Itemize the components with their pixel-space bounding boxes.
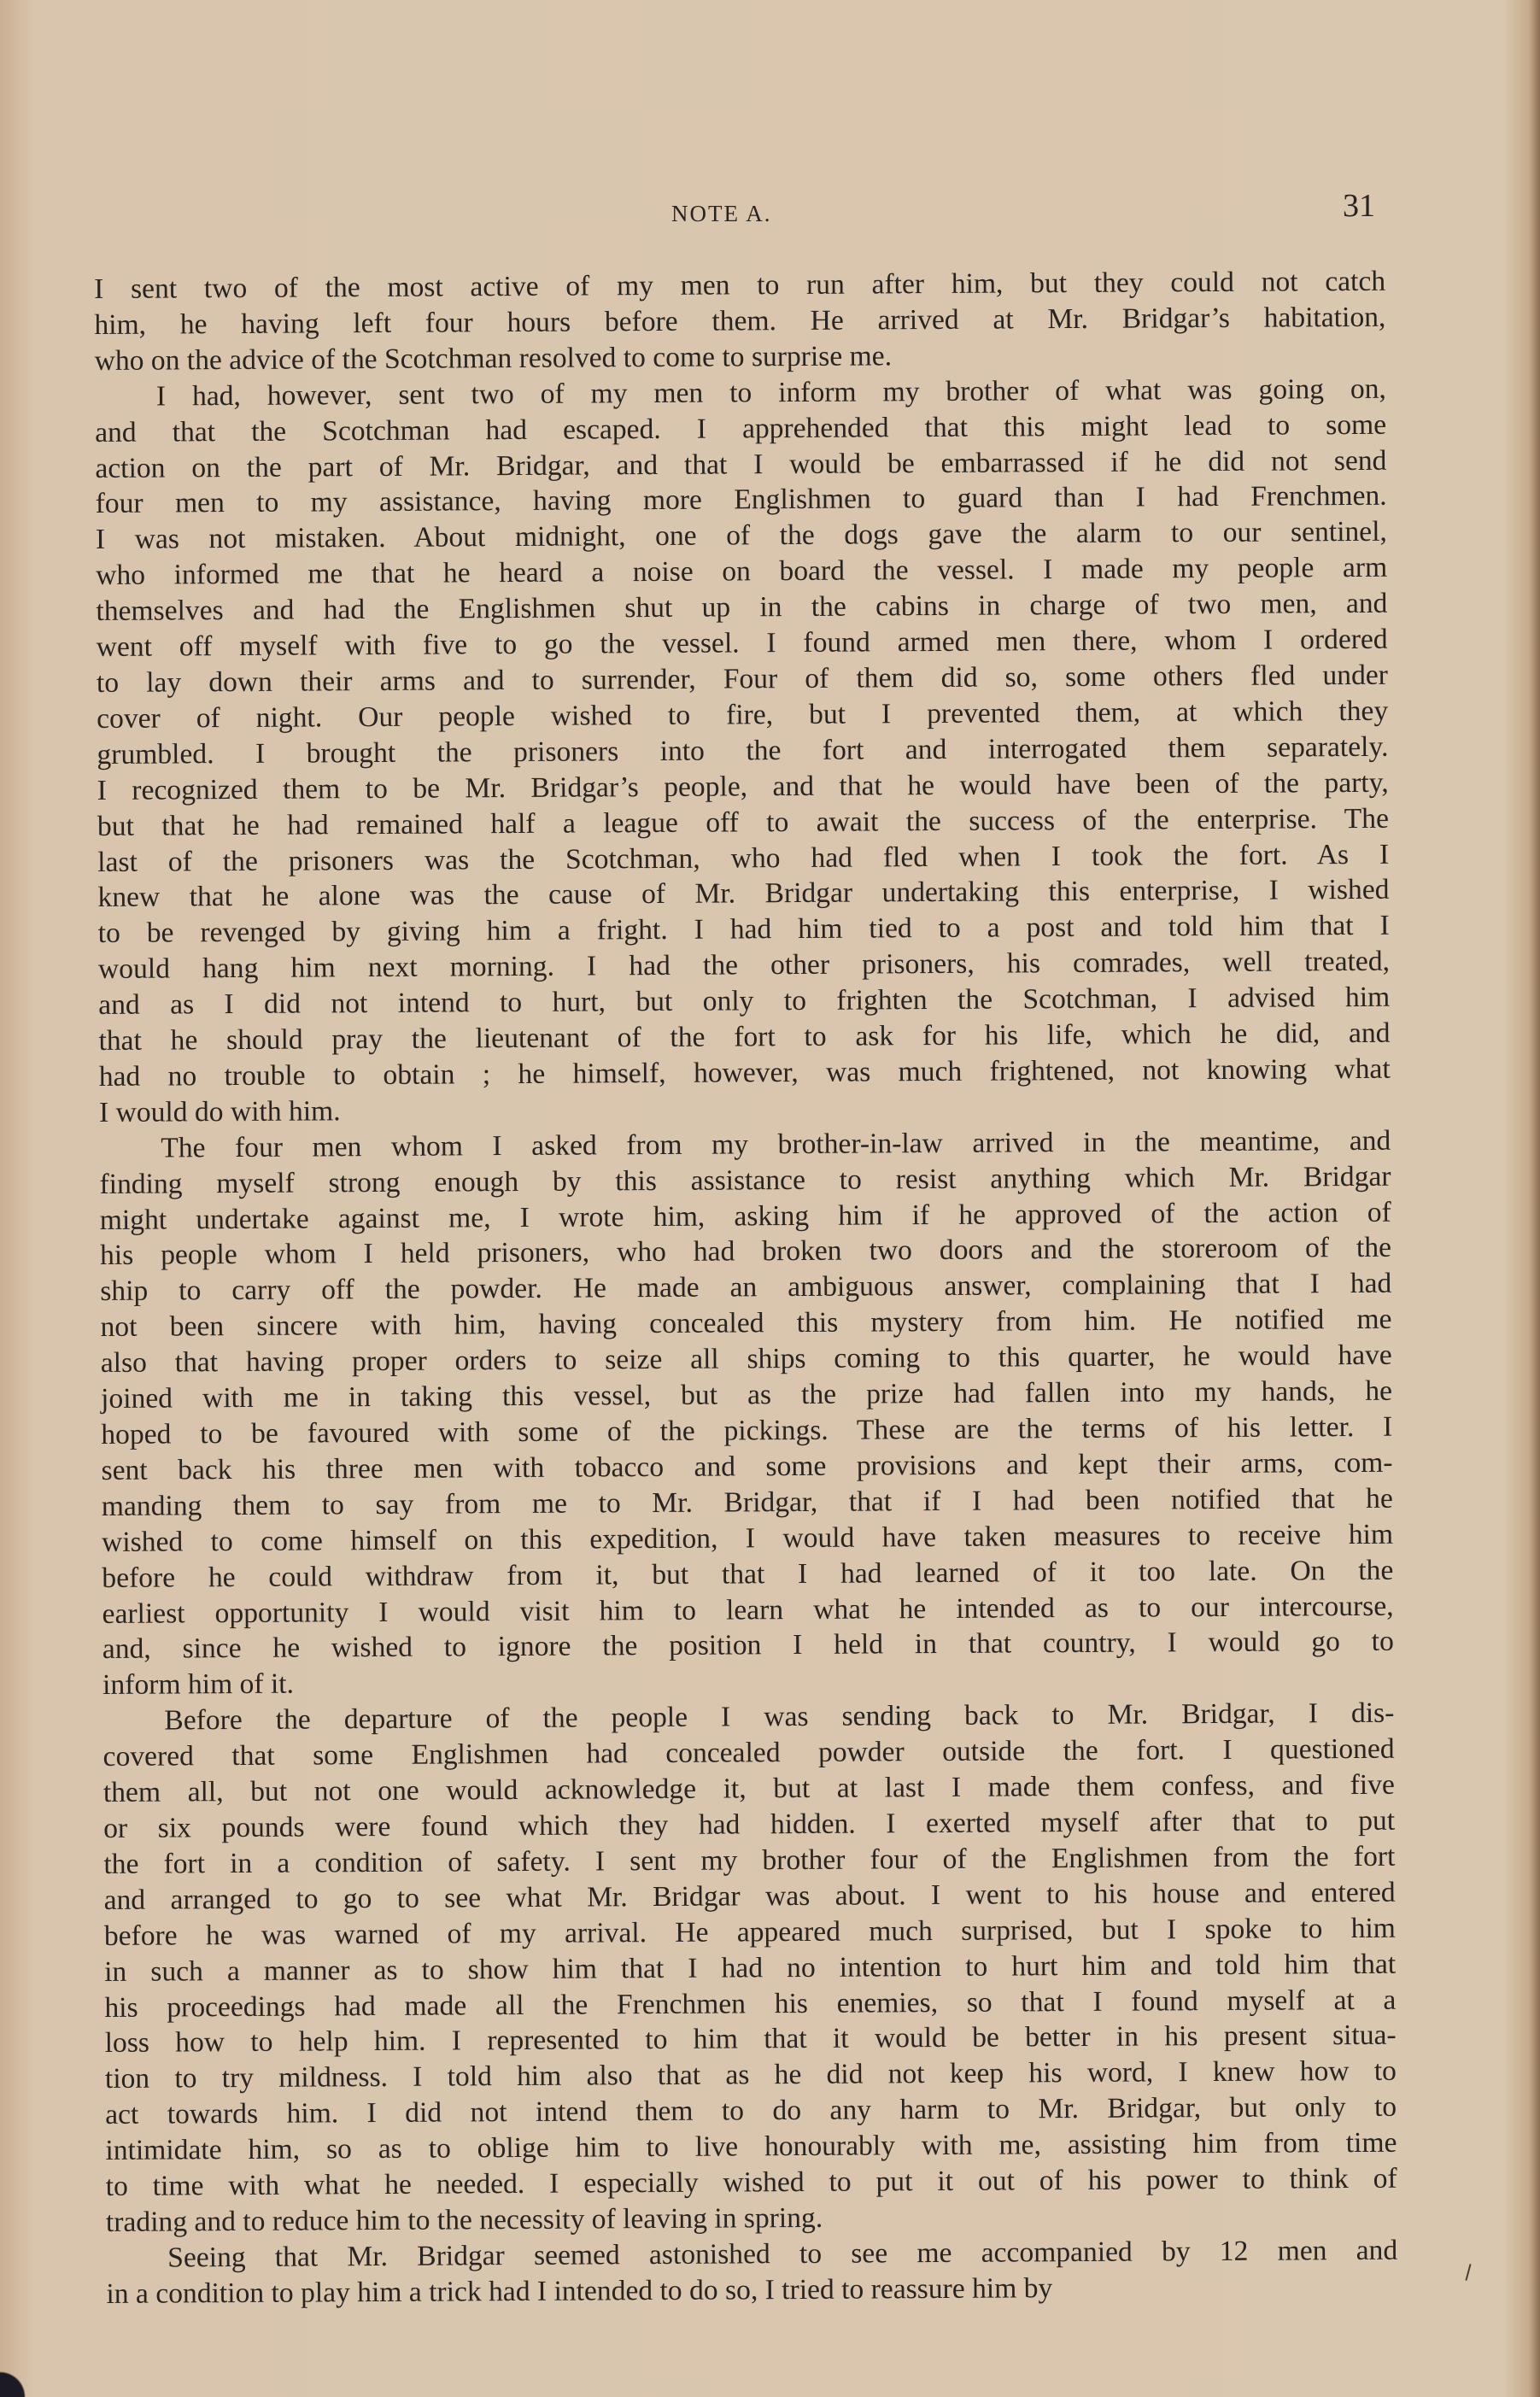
paragraph: I sent two of the most active of my men … — [94, 264, 1386, 379]
page-corner-shadow — [0, 2363, 34, 2397]
paragraph: Before the departure of the people I was… — [102, 1696, 1397, 2241]
text-line: in a condition to play him a trick had I… — [106, 2268, 1397, 2312]
running-header: NOTE A. 31 — [0, 192, 1540, 235]
page-number: 31 — [1343, 187, 1375, 225]
paragraph: I had, however, sent two of my men to in… — [95, 371, 1391, 1130]
pencil-mark — [1465, 2264, 1471, 2281]
book-page: NOTE A. 31 I sent two of the most active… — [0, 0, 1540, 2397]
running-title: NOTE A. — [671, 201, 772, 227]
body-text: I sent two of the most active of my men … — [94, 264, 1398, 2312]
paragraph: The four men whom I asked from my brothe… — [99, 1122, 1394, 1703]
paragraph: Seeing that Mr. Bridgar seemed astonishe… — [106, 2233, 1397, 2312]
